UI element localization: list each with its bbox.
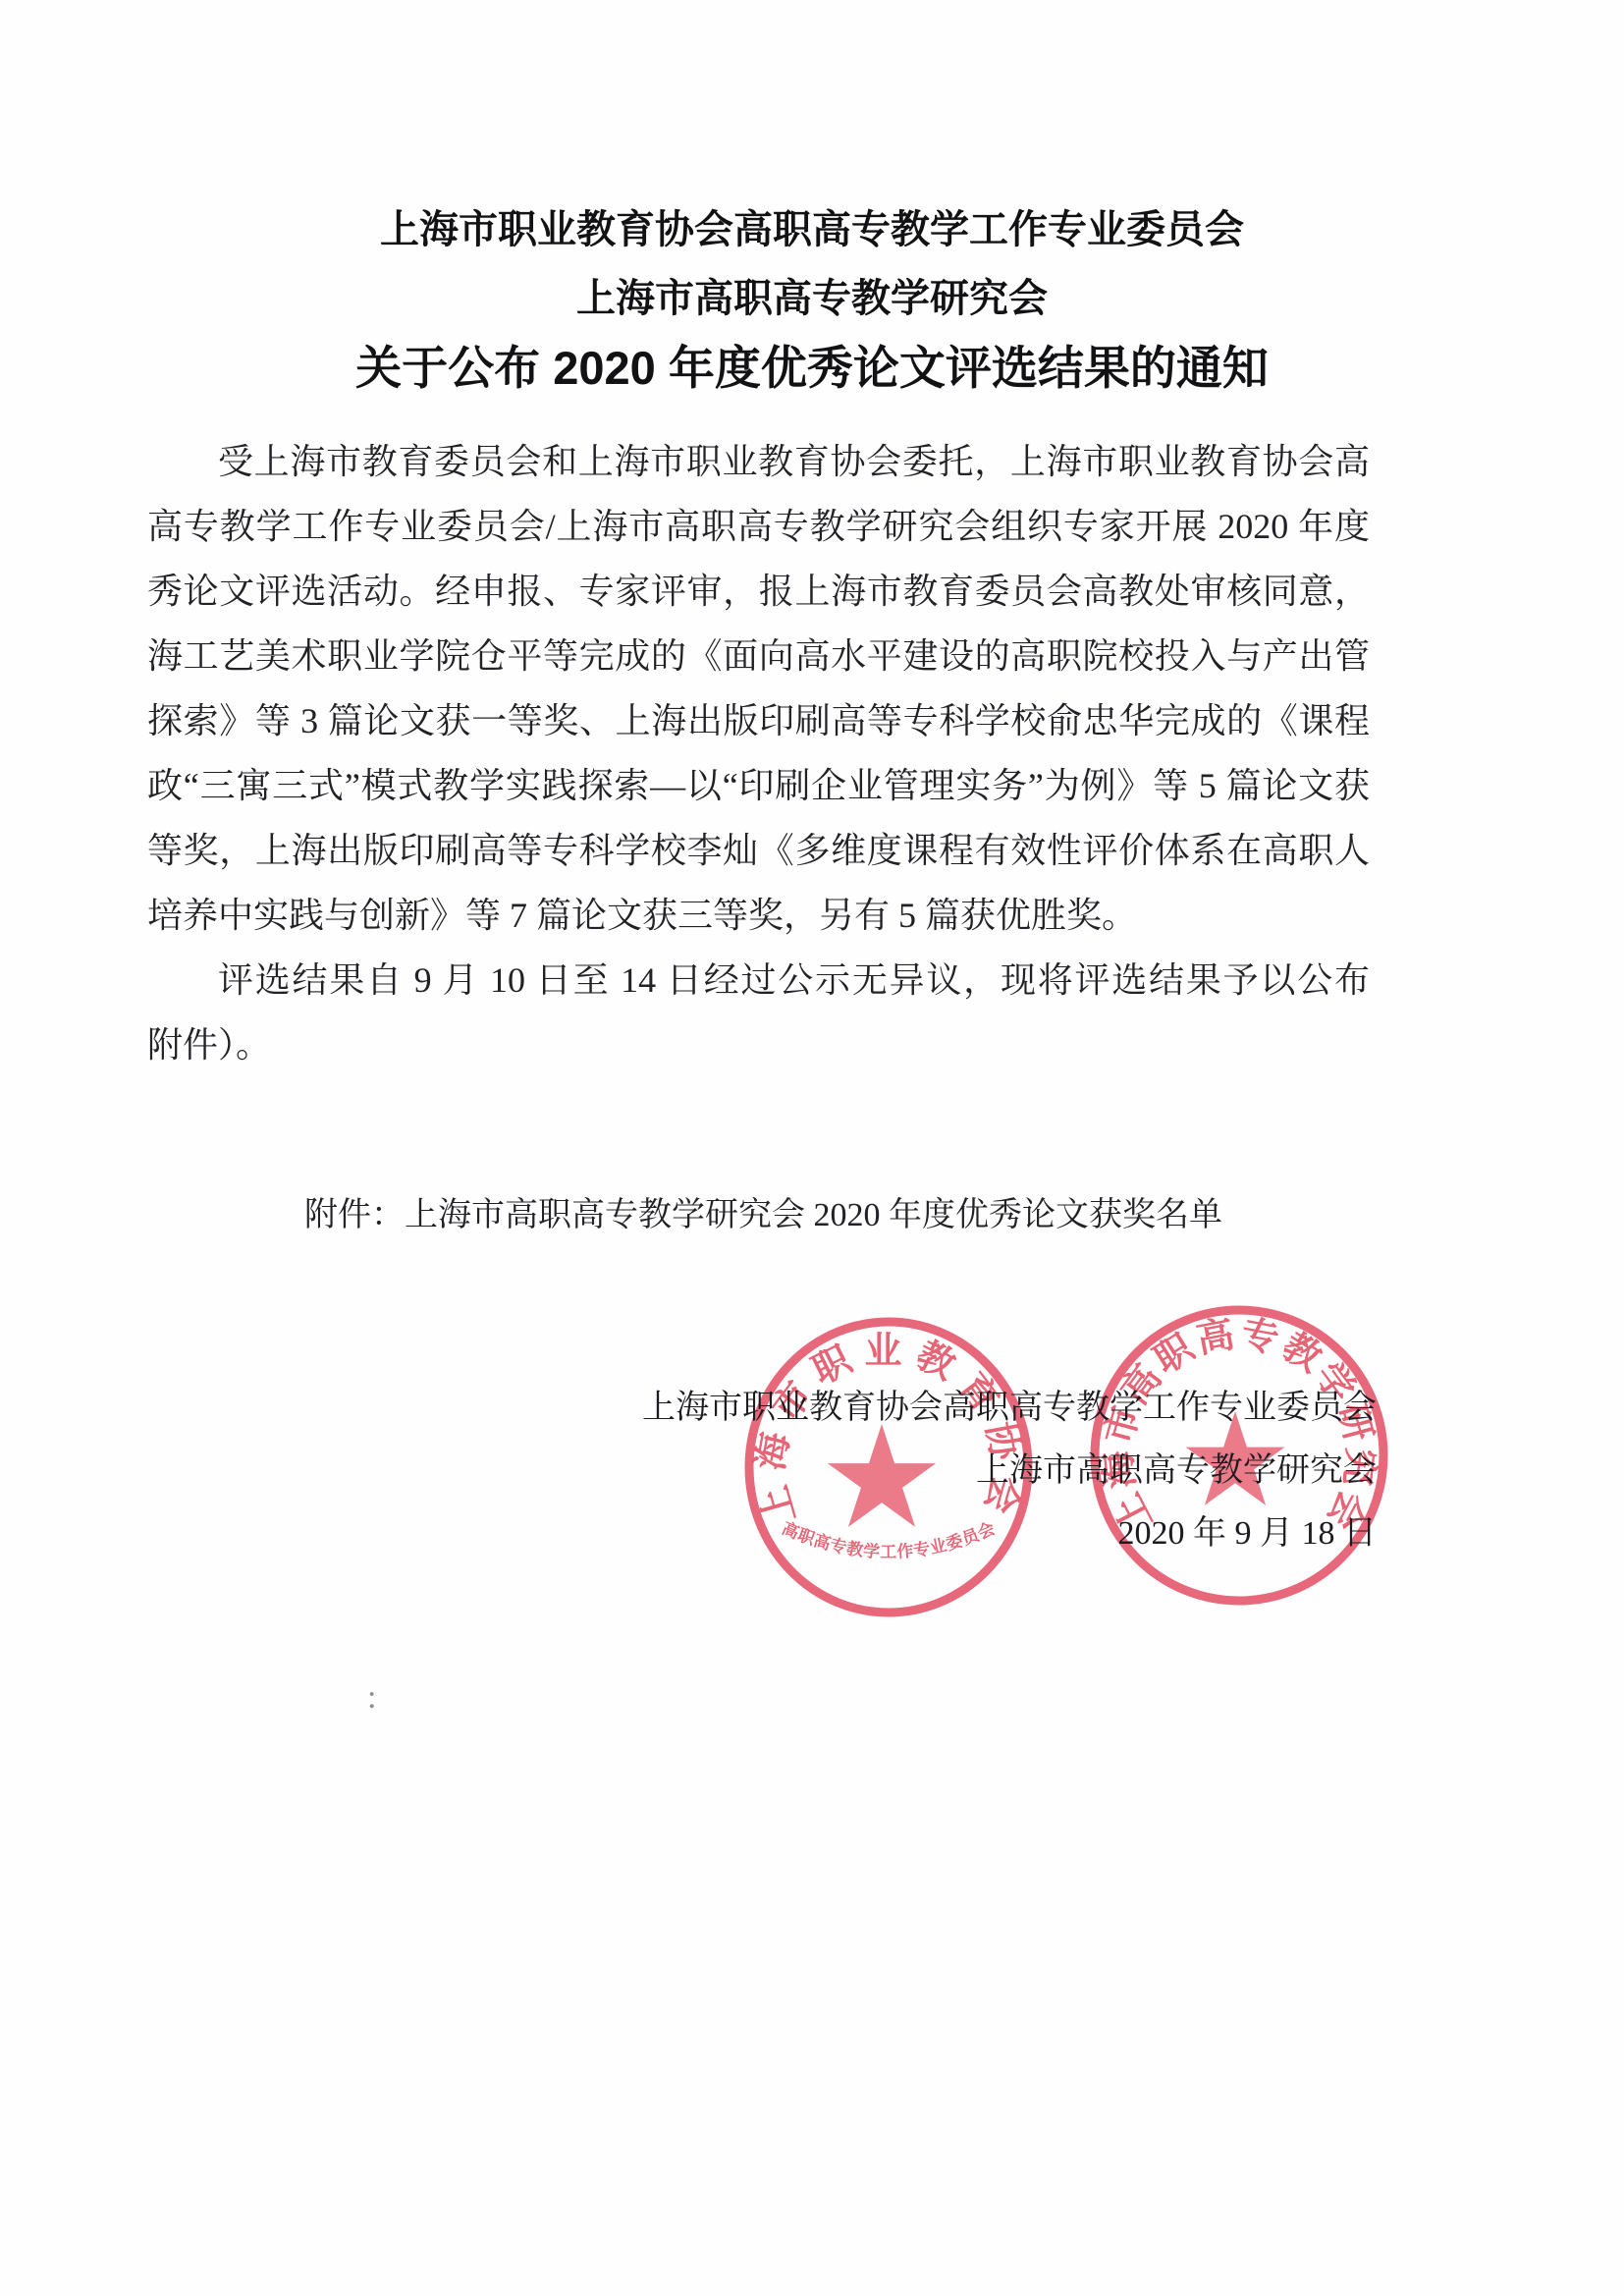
- body-line: 等奖，上海出版印刷高等专科学校李灿《多维度课程有效性评价体系在高职人才: [147, 818, 1370, 883]
- doc-title-line-1: 上海市职业教育协会高职高专教学工作专业委员会: [0, 198, 1624, 254]
- signature-date: 2020 年 9 月 18 日: [642, 1503, 1377, 1565]
- body-text: 受上海市教育委员会和上海市职业教育协会委托，上海市职业教育协会高职 高专教学工作…: [147, 429, 1370, 1077]
- notice-document-page: 上海市职业教育协会高职高专教学工作专业委员会 上海市高职高专教学研究会 关于公布…: [0, 0, 1624, 2296]
- body-line: 高专教学工作专业委员会/上海市高职高专教学研究会组织专家开展 2020 年度优: [147, 494, 1370, 559]
- body-line: 培养中实践与创新》等 7 篇论文获三等奖，另有 5 篇获优胜奖。: [147, 883, 1370, 948]
- signature-org1: 上海市职业教育协会高职高专教学工作专业委员会: [642, 1377, 1377, 1440]
- body-line: 海工艺美术职业学院仓平等完成的《面向高水平建设的高职院校投入与产出管理: [147, 624, 1370, 688]
- body-line: 受上海市教育委员会和上海市职业教育协会委托，上海市职业教育协会高职: [147, 429, 1370, 494]
- attachment-line: 附件：上海市高职高专教学研究会 2020 年度优秀论文获奖名单: [304, 1194, 1222, 1237]
- body-line: 政“三寓三式”模式教学实践探索—以“印刷企业管理实务”为例》等 5 篇论文获二: [147, 753, 1370, 818]
- scan-artifact-colon: :: [367, 1681, 376, 1715]
- doc-title-line-3: 关于公布 2020 年度优秀论文评选结果的通知: [0, 332, 1624, 398]
- doc-title-line-2: 上海市高职高专教学研究会: [0, 267, 1624, 323]
- body-line: 评选结果自 9 月 10 日至 14 日经过公示无异议，现将评选结果予以公布（见: [147, 948, 1370, 1012]
- body-line: 附件）。: [147, 1012, 1370, 1077]
- body-line: 秀论文评选活动。经申报、专家评审，报上海市教育委员会高教处审核同意，上: [147, 559, 1370, 624]
- body-line: 探索》等 3 篇论文获一等奖、上海出版印刷高等专科学校俞忠华完成的《课程思: [147, 688, 1370, 753]
- signature-block: 上海市职业教育协会高职高专教学工作专业委员会 上海市高职高专教学研究会 2020…: [642, 1377, 1377, 1565]
- signature-org2: 上海市高职高专教学研究会: [642, 1440, 1377, 1503]
